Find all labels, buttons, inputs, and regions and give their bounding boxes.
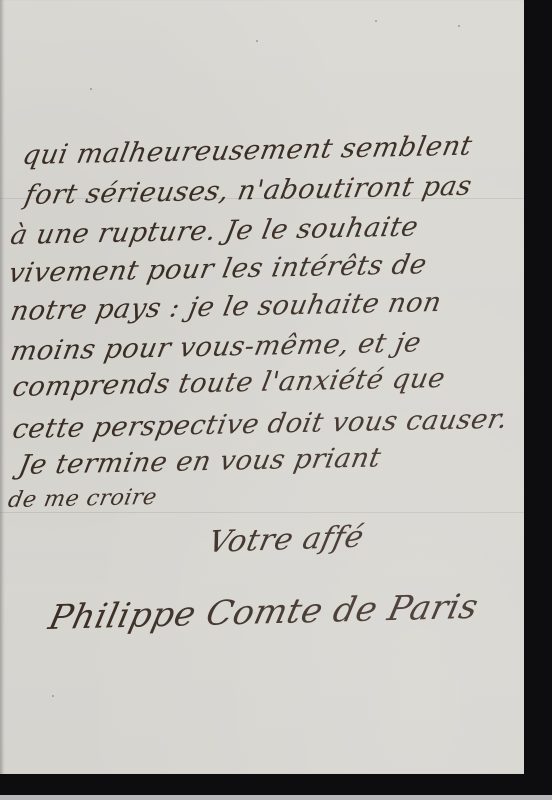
letter-line-6: moins pour vous-même, et je bbox=[8, 327, 424, 367]
letter-line-4: vivement pour les intérêts de bbox=[6, 249, 429, 289]
paper-speck bbox=[90, 88, 92, 90]
letter-line-7: comprends toute l'anxiété que bbox=[10, 363, 448, 403]
letter-page: qui malheureusement semblent fort sérieu… bbox=[0, 0, 524, 774]
paper-speck bbox=[375, 20, 377, 22]
letter-line-10: de me croire bbox=[6, 485, 159, 513]
letter-photo: qui malheureusement semblent fort sérieu… bbox=[0, 0, 552, 800]
letter-line-8: cette perspective doit vous causer. bbox=[10, 404, 511, 445]
letter-line-5: notre pays : je le souhaite non bbox=[8, 287, 444, 327]
paper-speck bbox=[458, 25, 460, 27]
letter-line-1: qui malheureusement semblent bbox=[20, 131, 475, 171]
paper-speck bbox=[256, 40, 258, 42]
letter-line-3: à une rupture. Je le souhaite bbox=[8, 212, 421, 251]
paper-speck bbox=[52, 695, 54, 697]
closing-salutation: Votre affé bbox=[205, 520, 367, 560]
letter-line-2: fort sérieuses, n'aboutiront pas bbox=[22, 171, 475, 211]
table-surface-edge bbox=[0, 795, 552, 800]
signature: Philippe Comte de Paris bbox=[45, 587, 482, 638]
letter-line-9: Je termine en vous priant bbox=[16, 442, 384, 481]
fold-crease bbox=[0, 512, 524, 513]
